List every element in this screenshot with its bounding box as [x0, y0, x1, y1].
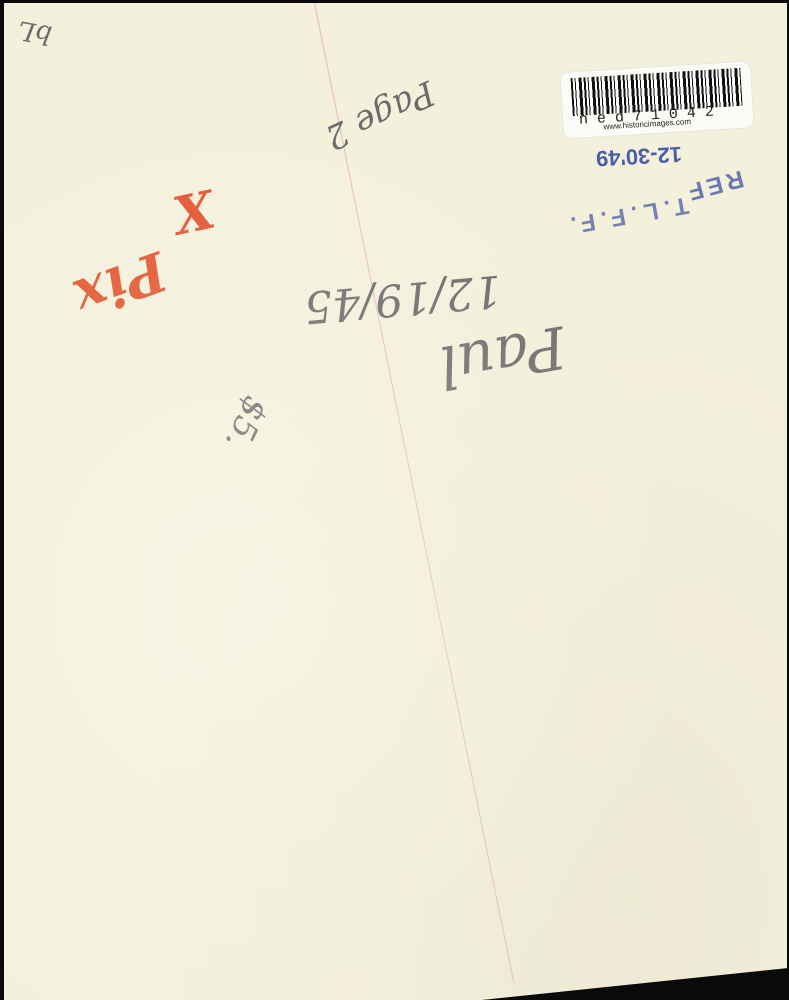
ref-stamp: REF: [681, 164, 746, 207]
barcode-site: www.historicimages.com: [603, 117, 691, 131]
pencil-page-ref: Page 2: [319, 72, 441, 157]
ref-mark-stamp: T.L.F.F.: [563, 190, 691, 239]
pencil-name: Paul: [434, 312, 571, 401]
date-stamp: 12-30'49: [595, 141, 682, 171]
crayon-label: Pix: [66, 239, 176, 331]
photo-back-paper: bL ned71042 www.historicimages.com 12-30…: [4, 3, 787, 1000]
barcode-icon: [571, 68, 743, 116]
barcode-number: ned71042: [579, 101, 750, 128]
pencil-price: $5.: [216, 390, 275, 456]
pencil-note-top-left: bL: [16, 14, 55, 49]
barcode-label: ned71042 www.historicimages.com: [560, 61, 754, 138]
paper-crease-line: [314, 3, 514, 983]
crayon-x-mark: X: [168, 179, 220, 247]
pencil-date: 12/19/45: [302, 264, 503, 332]
